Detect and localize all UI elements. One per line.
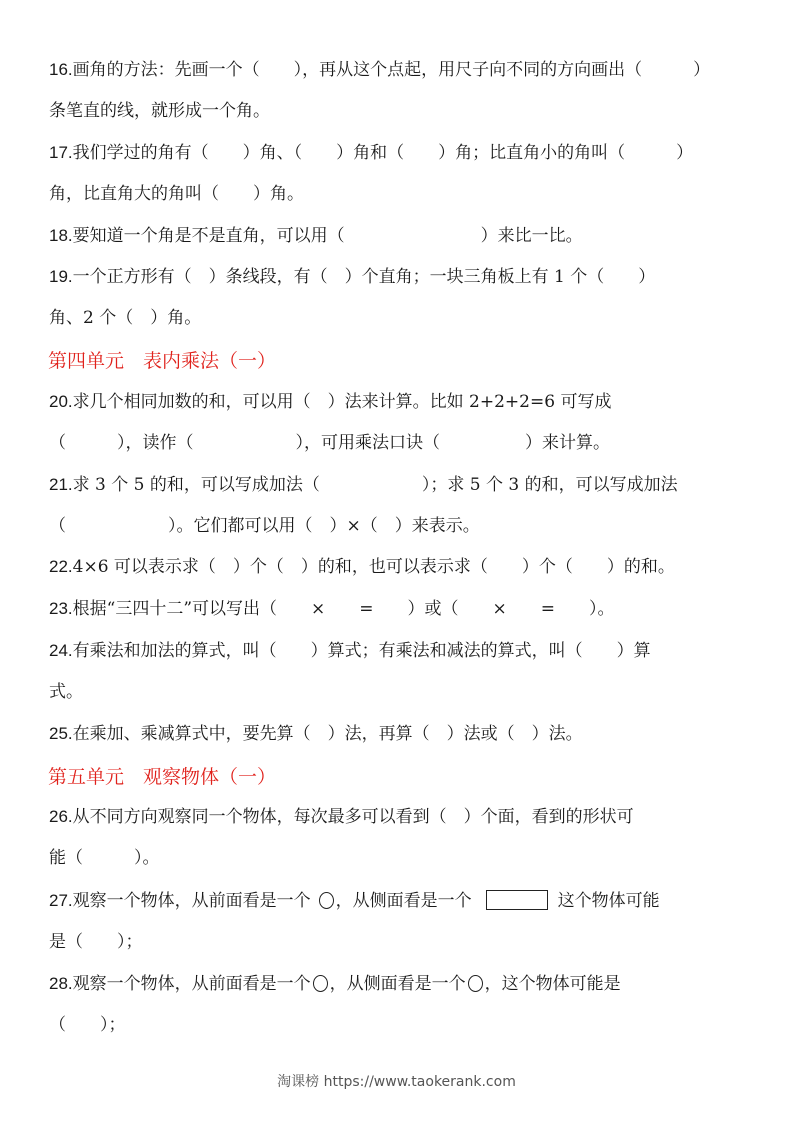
question-text: 式。 — [49, 682, 83, 702]
question-number: 24. — [49, 641, 73, 660]
question-text: 我们学过的角有（ ）角、（ ）角和（ ）角；比直角小的角叫（ ） — [73, 143, 694, 163]
question-text: 角，比直角大的角叫（ ）角。 — [49, 184, 304, 204]
question-text: 根据“三四十二”可以写出（ × = ）或（ × = ）。 — [73, 599, 615, 619]
question-number: 22. — [49, 557, 73, 576]
question-number: 25. — [49, 724, 73, 743]
circle-icon — [313, 975, 328, 992]
question-number: 28. — [49, 974, 73, 993]
question-text: 条笔直的线，就形成一个角。 — [49, 101, 270, 121]
circle-icon — [319, 892, 334, 909]
question-20-line-2: （ ），读作（ ），可用乘法口诀（ ）来计算。 — [49, 432, 610, 454]
question-number: 27. — [49, 891, 73, 910]
question-27-line-2: 是（ ）； — [49, 931, 143, 953]
question-text: 画角的方法：先画一个（ ），再从这个点起，用尺子向不同的方向画出（ ） — [73, 60, 711, 80]
rectangle-icon — [486, 890, 548, 910]
question-number: 20. — [49, 392, 73, 411]
question-text: 要知道一个角是不是直角，可以用（ ）来比一比。 — [73, 226, 583, 246]
question-text: 这个物体可能 — [558, 891, 660, 911]
question-27-line-1: 27.观察一个物体，从前面看是一个，从侧面看是一个这个物体可能 — [49, 890, 660, 912]
question-17-line-2: 角，比直角大的角叫（ ）角。 — [49, 183, 304, 205]
question-text: 角、2 个（ ）角。 — [49, 308, 201, 328]
circle-icon — [468, 975, 483, 992]
question-number: 19. — [49, 267, 73, 286]
question-23-line-1: 23.根据“三四十二”可以写出（ × = ）或（ × = ）。 — [49, 598, 615, 620]
question-19-line-1: 19.一个正方形有（ ）条线段，有（ ）个直角；一块三角板上有 1 个（ ） — [49, 266, 655, 288]
question-16-line-2: 条笔直的线，就形成一个角。 — [49, 100, 270, 122]
question-text: 是（ ）； — [49, 932, 143, 952]
question-text: （ ）； — [49, 1015, 126, 1035]
question-28-line-1: 28.观察一个物体，从前面看是一个，从侧面看是一个，这个物体可能是 — [49, 973, 621, 995]
question-number: 18. — [49, 226, 73, 245]
question-16-line-1: 16.画角的方法：先画一个（ ），再从这个点起，用尺子向不同的方向画出（ ） — [49, 59, 710, 81]
footer-watermark: 淘课榜 https://www.taokerank.com — [0, 1071, 793, 1091]
question-21-line-2: （ ）。它们都可以用（ ）×（ ）来表示。 — [49, 515, 480, 537]
question-text: （ ）。它们都可以用（ ）×（ ）来表示。 — [49, 516, 480, 536]
question-text: 4×6 可以表示求（ ）个（ ）的和，也可以表示求（ ）个（ ）的和。 — [73, 557, 675, 577]
question-text: 能（ ）。 — [49, 848, 160, 868]
question-22-line-1: 22.4×6 可以表示求（ ）个（ ）的和，也可以表示求（ ）个（ ）的和。 — [49, 556, 675, 578]
question-26-line-1: 26.从不同方向观察同一个物体，每次最多可以看到（ ）个面，看到的形状可 — [49, 806, 634, 828]
unit-4-heading: 第四单元 表内乘法（一） — [48, 349, 276, 373]
question-text: 求 3 个 5 的和，可以写成加法（ ）；求 5 个 3 的和，可以写成加法 — [73, 475, 678, 495]
question-18-line-1: 18.要知道一个角是不是直角，可以用（ ）来比一比。 — [49, 225, 583, 247]
question-24-line-1: 24.有乘法和加法的算式，叫（ ）算式；有乘法和减法的算式，叫（ ）算 — [49, 640, 651, 662]
question-text: 从不同方向观察同一个物体，每次最多可以看到（ ）个面，看到的形状可 — [73, 807, 634, 827]
question-26-line-2: 能（ ）。 — [49, 847, 160, 869]
question-text: 有乘法和加法的算式，叫（ ）算式；有乘法和减法的算式，叫（ ）算 — [73, 641, 651, 661]
question-number: 16. — [49, 60, 73, 79]
question-text: ，从侧面看是一个 — [330, 974, 466, 994]
question-text: （ ），读作（ ），可用乘法口诀（ ）来计算。 — [49, 433, 610, 453]
question-21-line-1: 21.求 3 个 5 的和，可以写成加法（ ）；求 5 个 3 的和，可以写成加… — [49, 474, 678, 496]
question-number: 21. — [49, 475, 73, 494]
question-text: 观察一个物体，从前面看是一个 — [73, 974, 311, 994]
question-text: 求几个相同加数的和，可以用（ ）法来计算。比如 2+2+2=6 可写成 — [73, 392, 612, 412]
question-text: ，从侧面看是一个 — [336, 891, 472, 911]
question-text: 观察一个物体，从前面看是一个 — [73, 891, 311, 911]
unit-5-heading: 第五单元 观察物体（一） — [48, 765, 276, 789]
question-number: 23. — [49, 599, 73, 618]
question-text: 一个正方形有（ ）条线段，有（ ）个直角；一块三角板上有 1 个（ ） — [73, 267, 656, 287]
question-number: 17. — [49, 143, 73, 162]
question-24-line-2: 式。 — [49, 681, 83, 703]
question-20-line-1: 20.求几个相同加数的和，可以用（ ）法来计算。比如 2+2+2=6 可写成 — [49, 391, 611, 413]
question-28-line-2: （ ）； — [49, 1014, 126, 1036]
question-text: ，这个物体可能是 — [485, 974, 621, 994]
question-number: 26. — [49, 807, 73, 826]
question-25-line-1: 25.在乘加、乘减算式中，要先算（ ）法，再算（ ）法或（ ）法。 — [49, 723, 583, 745]
question-19-line-2: 角、2 个（ ）角。 — [49, 307, 201, 329]
question-text: 在乘加、乘减算式中，要先算（ ）法，再算（ ）法或（ ）法。 — [73, 724, 583, 744]
question-17-line-1: 17.我们学过的角有（ ）角、（ ）角和（ ）角；比直角小的角叫（ ） — [49, 142, 693, 164]
